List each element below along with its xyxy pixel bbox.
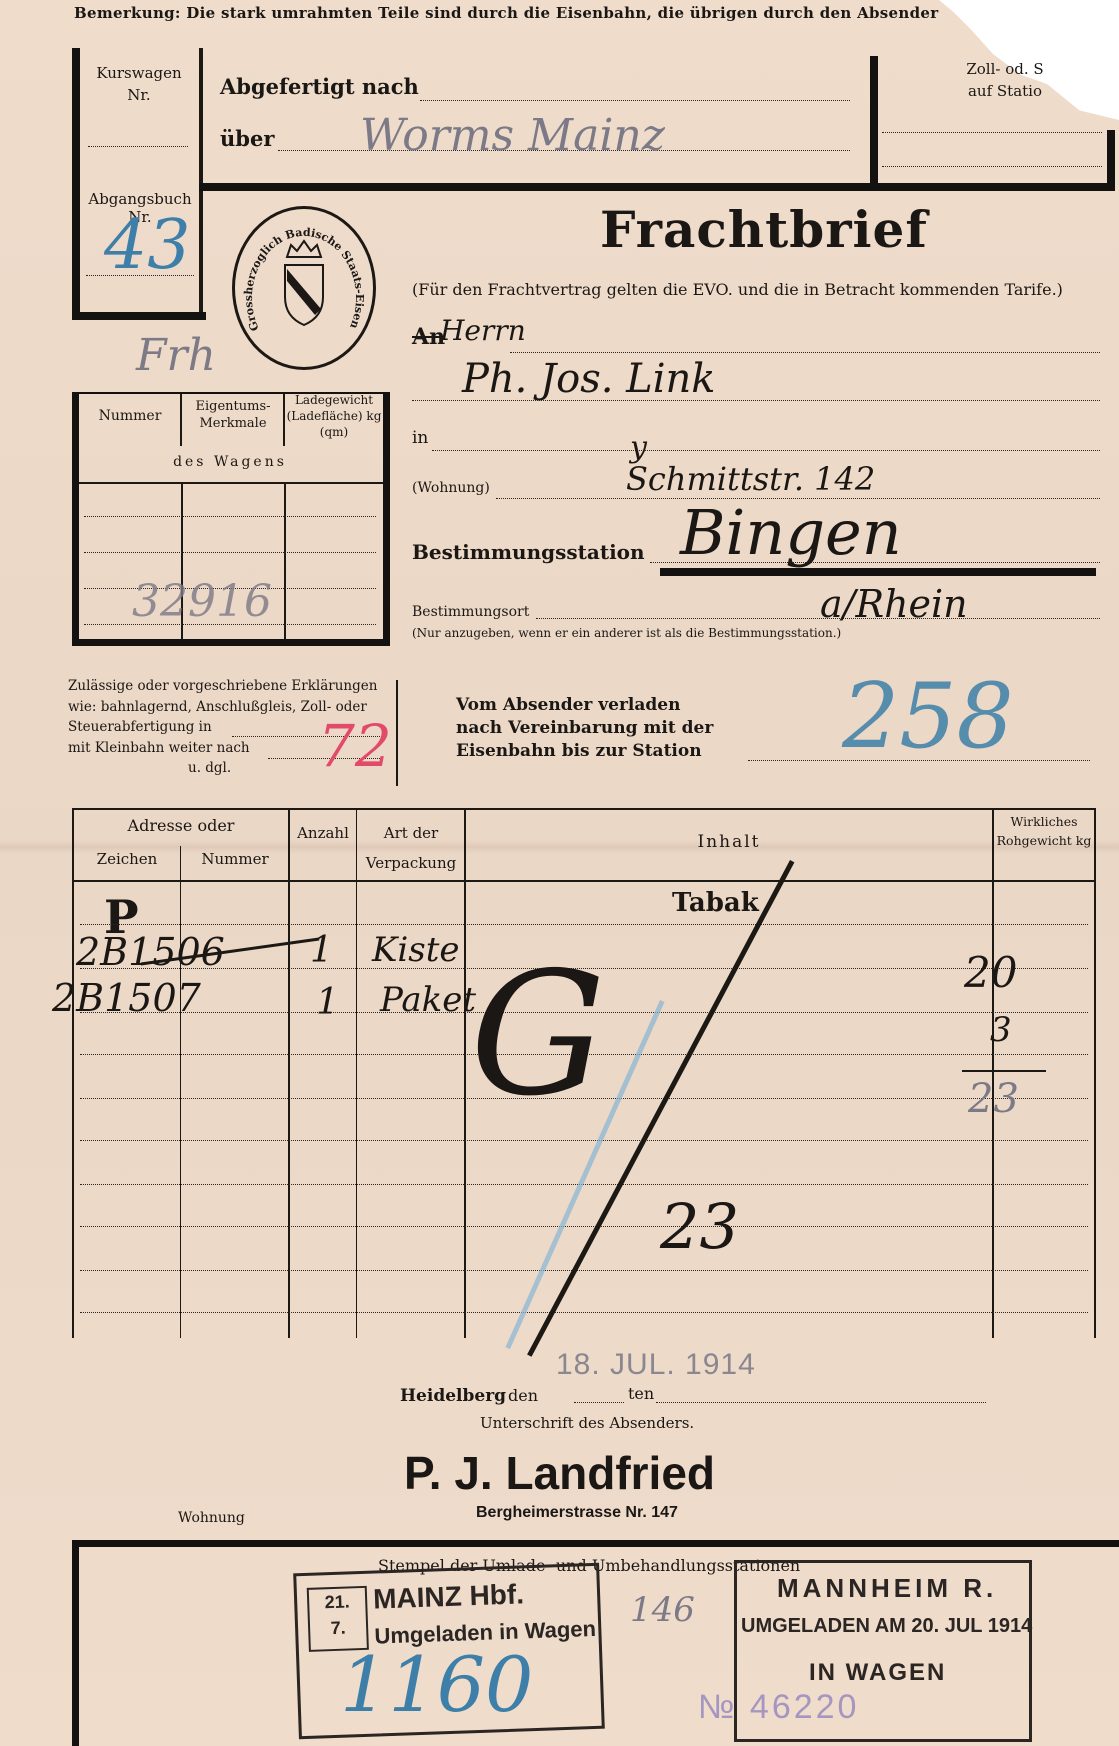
mainz-day: 21. xyxy=(309,1588,366,1616)
header-adresse: Adresse oder xyxy=(74,816,288,835)
an-value: Herrn xyxy=(440,314,526,347)
zoll-label-line2: auf Statio xyxy=(895,80,1115,102)
header-nummer: Nummer xyxy=(182,850,288,868)
goods-row-line xyxy=(80,1184,1088,1185)
row-1-anzahl: 1 xyxy=(310,930,333,971)
bestimmungsstation-label: Bestimmungsstation xyxy=(412,540,645,564)
svg-text:Grossherzoglich Badische Staat: Grossherzoglich Badische Staats-Eisenbah… xyxy=(235,209,366,333)
mainz-city: MAINZ Hbf. xyxy=(373,1578,525,1615)
header-gewicht: Wirkliches Rohgewicht kg xyxy=(994,812,1094,850)
mainz-month: 7. xyxy=(310,1614,367,1642)
wagon-row-1[interactable] xyxy=(84,516,376,517)
sum-line xyxy=(962,1070,1046,1072)
place-label: Heidelberg xyxy=(400,1386,506,1406)
goods-row-line xyxy=(80,1226,1088,1227)
loading-block: Vom Absender verladen nach Vereinbarung … xyxy=(456,694,713,763)
date-month-field[interactable] xyxy=(656,1402,986,1403)
wohnung-label: (Wohnung) xyxy=(412,480,490,496)
bestimmungsstation-bar xyxy=(660,568,1096,576)
row-2-anzahl: 1 xyxy=(316,982,339,1023)
kurswagen-label: Kurswagen Nr. xyxy=(84,62,194,106)
red-number-note: 72 xyxy=(318,712,392,780)
date-stamp: 18. JUL. 1914 xyxy=(556,1348,756,1382)
wagon-header-divider-1 xyxy=(180,394,182,446)
row-1-zeichen: 2B1506 xyxy=(76,930,225,974)
declarations-bracket xyxy=(396,680,398,786)
document-title: Frachtbrief xyxy=(600,200,928,259)
wagon-header-divider-2 xyxy=(283,394,285,446)
goods-col-verpackung xyxy=(464,808,466,1338)
declarations-line-1: Zulässige oder vorgeschriebene Erklärung… xyxy=(68,676,377,697)
header-verpackung: Art der Verpackung xyxy=(358,818,464,878)
wagon-number-note: 32916 xyxy=(132,576,272,627)
bestimmungsort-value: a/Rhein xyxy=(820,582,968,626)
mannheim-city: MANNHEIM R. xyxy=(777,1573,997,1604)
bestimmungsstation-value: Bingen xyxy=(680,496,902,569)
large-mark-g: G xyxy=(470,950,606,1120)
abgefertigt-label: Abgefertigt nach xyxy=(220,74,419,99)
frame-left xyxy=(72,48,80,320)
document-subtitle: (Für den Frachtvertrag gelten die EVO. u… xyxy=(412,280,1063,299)
loading-line-1: Vom Absender verladen xyxy=(456,694,713,717)
in-field[interactable] xyxy=(432,450,1100,451)
an-field[interactable] xyxy=(510,352,1100,353)
ten-label: ten xyxy=(628,1384,654,1403)
goods-row-line xyxy=(80,1312,1088,1313)
zoll-label: Zoll- od. S auf Statio xyxy=(895,58,1115,102)
seal-text: Grossherzoglich Badische Staats-Eisenbah… xyxy=(235,209,366,333)
wohnung-sender-label: Wohnung xyxy=(178,1510,245,1526)
stamps-frame-left xyxy=(72,1540,79,1746)
bestimmungsort-note: (Nur anzugeben, wenn er ein anderer ist … xyxy=(412,626,841,640)
row-1-gewicht: 20 xyxy=(964,948,1017,997)
abgangsbuch-value: 43 xyxy=(104,206,191,285)
wohnung-value: Schmittstr. 142 xyxy=(626,460,875,498)
kurswagen-line xyxy=(88,146,188,147)
company-address: Bergheimerstrasse Nr. 147 xyxy=(476,1504,678,1522)
goods-col-anzahl xyxy=(356,808,357,1338)
header-anzahl: Anzahl xyxy=(292,818,354,848)
row-2-gewicht: 3 xyxy=(990,1010,1012,1050)
in-label: in xyxy=(412,428,428,448)
company-name: P. J. Landfried xyxy=(404,1446,715,1500)
date-day-field[interactable] xyxy=(574,1402,624,1403)
wagon-col-divider-2 xyxy=(284,482,286,640)
stamps-frame-top xyxy=(72,1540,1119,1547)
loading-line-3: Eisenbahn bis zur Station xyxy=(456,740,713,763)
stamps-pencil-number: 146 xyxy=(630,1590,695,1630)
goods-col-nummer xyxy=(288,808,290,1338)
frame-zoll xyxy=(870,56,878,186)
goods-header-bottom xyxy=(72,880,1096,882)
abgefertigt-field[interactable] xyxy=(420,100,850,101)
ueber-label: über xyxy=(220,126,274,151)
large-mark-23: 23 xyxy=(660,1190,739,1263)
serial-number: № 46220 xyxy=(698,1688,859,1727)
row-1-verpackung: Kiste xyxy=(372,930,460,970)
header-inhalt: Inhalt xyxy=(466,832,992,852)
stamps-blue-number: 1160 xyxy=(340,1640,533,1729)
goods-row-line xyxy=(80,924,1088,925)
wagon-row-2[interactable] xyxy=(84,552,376,553)
coat-of-arms-icon: Grossherzoglich Badische Staats-Eisenbah… xyxy=(235,209,373,367)
goods-col-inhalt xyxy=(992,808,994,1338)
wagon-header-bottom xyxy=(79,482,383,484)
wagon-header-ladegewicht: Ladegewicht (Ladefläche) kg (qm) xyxy=(286,392,382,440)
recipient-name: Ph. Jos. Link xyxy=(462,356,716,402)
abgangsbuch-bottom xyxy=(72,312,206,320)
den-label: den xyxy=(508,1386,538,1405)
wagon-header-nummer: Nummer xyxy=(80,408,180,424)
inhalt-value: Tabak xyxy=(672,888,759,918)
mannheim-text: UMGELADEN AM 20. JUL 1914 xyxy=(741,1615,1032,1638)
frame-right xyxy=(1107,130,1115,190)
total-weight: 23 xyxy=(968,1076,1019,1122)
blue-number-note: 258 xyxy=(842,664,1014,769)
zoll-field-1[interactable] xyxy=(882,132,1102,133)
zoll-field-2[interactable] xyxy=(882,166,1102,167)
header-zeichen: Zeichen xyxy=(74,850,180,868)
wagon-header-eigentum: Eigentums-Merkmale xyxy=(184,398,282,432)
goods-row-line xyxy=(80,1140,1088,1141)
notice-text: Bemerkung: Die stark umrahmten Teile sin… xyxy=(74,4,954,22)
zoll-label-line1: Zoll- od. S xyxy=(895,58,1115,80)
railway-seal: Grossherzoglich Badische Staats-Eisenbah… xyxy=(232,206,376,370)
signature-caption: Unterschrift des Absenders. xyxy=(480,1414,694,1432)
row-2-zeichen: 2B1507 xyxy=(52,976,201,1020)
goods-row-line xyxy=(80,1270,1088,1271)
frame-bottom xyxy=(199,183,1115,191)
goods-col-zeichen xyxy=(180,846,181,1338)
ueber-value: Worms Mainz xyxy=(360,110,665,161)
loading-line-2: nach Vereinbarung mit der xyxy=(456,717,713,740)
bestimmungsort-label: Bestimmungsort xyxy=(412,604,529,620)
bestimmungsort-field[interactable] xyxy=(536,618,1100,619)
name-field[interactable] xyxy=(412,400,1100,401)
initials-note: Frh xyxy=(136,330,216,381)
wagon-footer-label: des Wagens xyxy=(80,454,380,470)
mannheim-text2: IN WAGEN xyxy=(809,1659,946,1687)
row-2-verpackung: Paket xyxy=(380,980,476,1020)
